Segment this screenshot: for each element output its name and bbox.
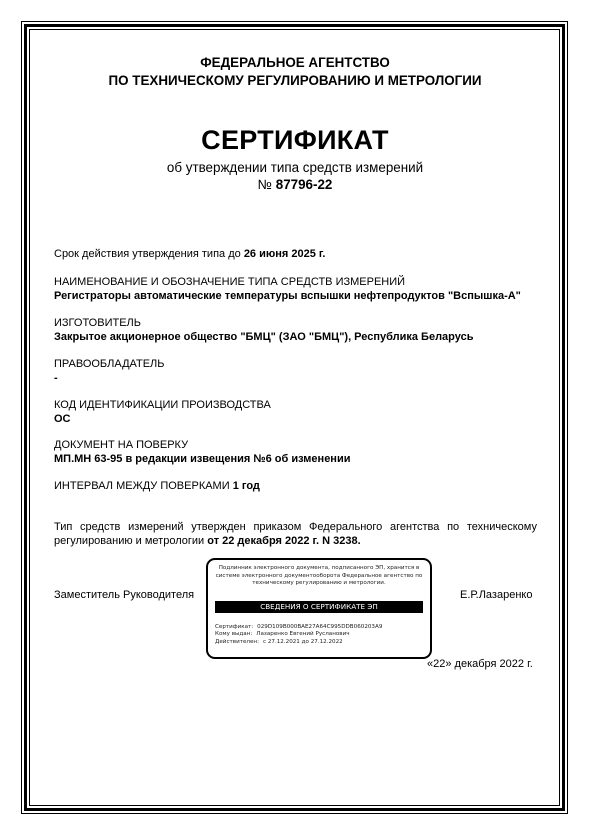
verification-interval: ИНТЕРВАЛ МЕЖДУ ПОВЕРКАМИ 1 год: [54, 480, 538, 494]
agency-header: ФЕДЕРАЛЬНОЕ АГЕНТСТВО ПО ТЕХНИЧЕСКОМУ РЕ…: [0, 54, 590, 90]
stamp-valid-row: Действителен:с 27.12.2021 до 27.12.2022: [215, 639, 427, 646]
field-label: ДОКУМЕНТ НА ПОВЕРКУ: [54, 439, 538, 453]
field-value: ОС: [54, 413, 538, 427]
validity-value: 26 июня 2025 г.: [244, 248, 326, 260]
certificate-number: № 87796-22: [0, 176, 590, 193]
field-label: ПРАВООБЛАДАТЕЛЬ: [54, 358, 538, 372]
stamp-issued-to-value: Лазаренко Евгений Русланович: [256, 631, 349, 637]
signatory-position: Заместитель Руководителя: [54, 589, 194, 602]
certificate-subtitle: об утверждении типа средств измерений: [0, 159, 590, 176]
signature-date: «22» декабря 2022 г.: [427, 658, 533, 671]
field-value: Закрытое акционерное общество "БМЦ" (ЗАО…: [54, 331, 538, 345]
field-value: Регистраторы автоматические температуры …: [54, 290, 538, 304]
stamp-details: Сертификат:029D109B000BAE27A64C995DDB060…: [215, 624, 427, 646]
electronic-signature-stamp: Подлинник электронного документа, подпис…: [206, 558, 432, 659]
number-prefix: №: [258, 177, 272, 192]
stamp-issued-to-row: Кому выдан:Лазаренко Евгений Русланович: [215, 631, 427, 638]
stamp-issued-to-label: Кому выдан:: [215, 631, 252, 637]
stamp-certificate-value: 029D109B000BAE27A64C995DDB060203A9: [257, 624, 382, 630]
field-instrument-type: НАИМЕНОВАНИЕ И ОБОЗНАЧЕНИЕ ТИПА СРЕДСТВ …: [54, 276, 538, 303]
number-value: 87796-22: [276, 177, 333, 192]
signatory-name: Е.Р.Лазаренко: [460, 589, 532, 602]
field-manufacturer: ИЗГОТОВИТЕЛЬ Закрытое акционерное общест…: [54, 317, 538, 344]
field-rights-holder: ПРАВООБЛАДАТЕЛЬ -: [54, 358, 538, 385]
validity-line: Срок действия утверждения типа до 26 июн…: [54, 248, 538, 262]
field-label: ИЗГОТОВИТЕЛЬ: [54, 317, 538, 331]
field-production-code: КОД ИДЕНТИФИКАЦИИ ПРОИЗВОДСТВА ОС: [54, 399, 538, 426]
certificate-title: СЕРТИФИКАТ: [0, 124, 590, 156]
interval-label: ИНТЕРВАЛ МЕЖДУ ПОВЕРКАМИ: [54, 480, 230, 492]
stamp-valid-value: с 27.12.2021 до 27.12.2022: [263, 639, 343, 645]
stamp-banner: СВЕДЕНИЯ О СЕРТИФИКАТЕ ЭП: [215, 601, 423, 613]
stamp-valid-label: Действителен:: [215, 639, 259, 645]
field-label: НАИМЕНОВАНИЕ И ОБОЗНАЧЕНИЕ ТИПА СРЕДСТВ …: [54, 276, 538, 290]
agency-line-2: ПО ТЕХНИЧЕСКОМУ РЕГУЛИРОВАНИЮ И МЕТРОЛОГ…: [0, 72, 590, 90]
approval-order: Тип средств измерений утвержден приказом…: [54, 520, 537, 548]
agency-line-1: ФЕДЕРАЛЬНОЕ АГЕНТСТВО: [0, 54, 590, 72]
validity-label: Срок действия утверждения типа до: [54, 248, 241, 260]
field-label: КОД ИДЕНТИФИКАЦИИ ПРОИЗВОДСТВА: [54, 399, 538, 413]
order-value: от 22 декабря 2022 г. N 3238.: [207, 535, 360, 547]
interval-value: 1 год: [233, 480, 260, 492]
field-value: МП.МН 63-95 в редакции извещения №6 об и…: [54, 453, 538, 467]
field-verification-document: ДОКУМЕНТ НА ПОВЕРКУ МП.МН 63-95 в редакц…: [54, 439, 538, 466]
stamp-certificate-label: Сертификат:: [215, 624, 253, 630]
stamp-note: Подлинник электронного документа, подпис…: [214, 565, 424, 588]
field-value: -: [54, 372, 538, 386]
